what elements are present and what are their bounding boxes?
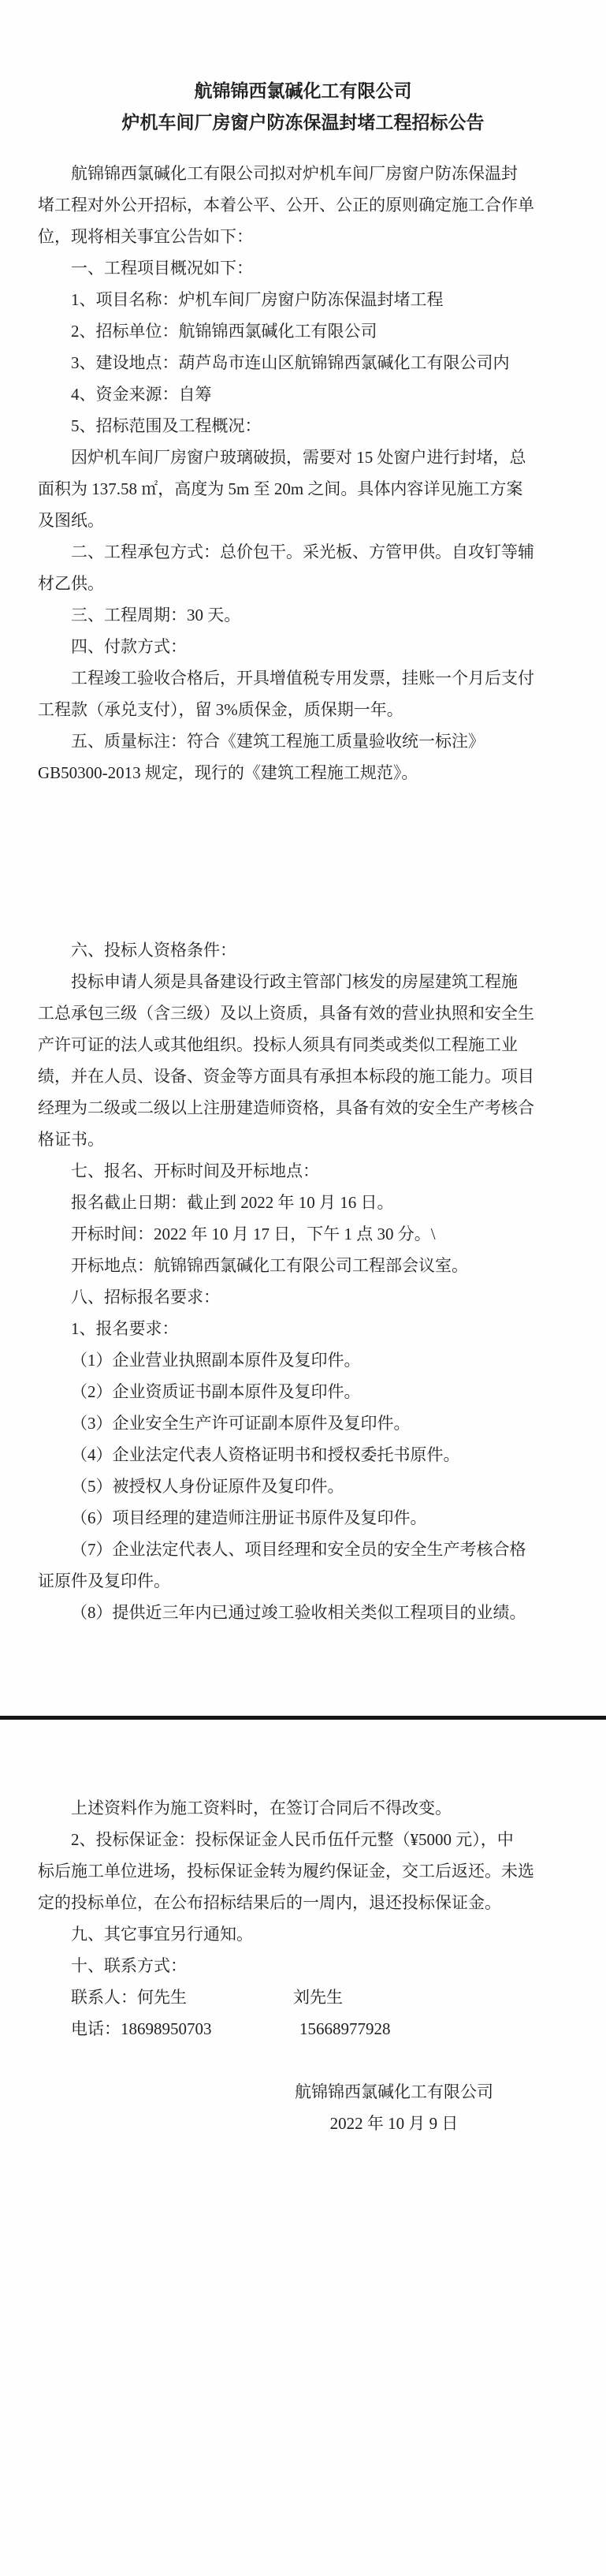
- text-line: 定的投标单位，在公布招标结果后的一周内，退还投标保证金。: [38, 1887, 568, 1918]
- text-line: 经理为二级或二级以上注册建造师资格，具备有效的安全生产考核合: [38, 1092, 568, 1124]
- text-line: 七、报名、开标时间及开标地点：: [38, 1155, 568, 1187]
- text-line: 位，现将相关事宜公告如下：: [38, 221, 568, 252]
- text-line: 格证书。: [38, 1124, 568, 1155]
- text-line: （2）企业资质证书副本原件及复印件。: [38, 1376, 568, 1407]
- text-line: 材乙供。: [38, 568, 568, 599]
- document-page: 航锦锦西氯碱化工有限公司 炉机车间厂房窗户防冻保温封堵工程招标公告 航锦锦西氯碱…: [0, 0, 606, 2576]
- page1-body-bottom: 六、投标人资格条件：投标申请人须是具备建设行政主管部门核发的房屋建筑工程施工总承…: [38, 934, 568, 1628]
- text-line: 3、建设地点：葫芦岛市连山区航锦锦西氯碱化工有限公司内: [38, 347, 568, 378]
- phone-number-2: 15668977928: [299, 2013, 391, 2045]
- text-line: 四、付款方式：: [38, 631, 568, 662]
- text-line: （3）企业安全生产许可证副本原件及复印件。: [38, 1407, 568, 1439]
- contact-line: 联系人：何先生刘先生: [38, 1981, 568, 2013]
- signature-block: 航锦锦西氯碱化工有限公司 2022 年 10 月 9 日: [295, 2076, 493, 2139]
- text-line: 航锦锦西氯碱化工有限公司拟对炉机车间厂房窗户防冻保温封: [38, 158, 568, 189]
- text-line: 2、招标单位：航锦锦西氯碱化工有限公司: [38, 315, 568, 347]
- text-line: 工程竣工验收合格后，开具增值税专用发票，挂账一个月后支付: [38, 662, 568, 694]
- text-line: 一、工程项目概况如下：: [38, 252, 568, 284]
- text-line: 五、质量标注：符合《建筑工程施工质量验收统一标注》: [38, 725, 568, 757]
- text-line: GB50300-2013 规定，现行的《建筑工程施工规范》。: [38, 757, 568, 788]
- text-line: （5）被授权人身份证原件及复印件。: [38, 1471, 568, 1502]
- text-line: 标后施工单位进场，投标保证金转为履约保证金，交工后返还。未选: [38, 1855, 568, 1887]
- text-line: 报名截止日期：截止到 2022 年 10 月 16 日。: [38, 1187, 568, 1218]
- text-line: 5、招标范围及工程概况：: [38, 410, 568, 442]
- text-line: 因炉机车间厂房窗户玻璃破损，需要对 15 处窗户进行封堵，总: [38, 442, 568, 473]
- phone-line: 电话：1869895070315668977928: [38, 2013, 568, 2045]
- text-line: 工程款（承兑支付），留 3%质保金，质保期一年。: [38, 694, 568, 725]
- text-line: 面积为 137.58 ㎡，高度为 5m 至 20m 之间。具体内容详见施工方案: [38, 473, 568, 505]
- signature-date: 2022 年 10 月 9 日: [295, 2108, 493, 2139]
- text-line: 绩，并在人员、设备、资金等方面具有承担本标段的施工能力。项目: [38, 1061, 568, 1092]
- text-line: 投标申请人须是具备建设行政主管部门核发的房屋建筑工程施: [38, 966, 568, 997]
- page2-body: 上述资料作为施工资料时，在签订合同后不得改变。2、投标保证金：投标保证金人民币伍…: [38, 1792, 568, 2045]
- text-line: 2、投标保证金：投标保证金人民币伍仟元整（¥5000 元），中: [38, 1824, 568, 1855]
- title-line-2: 炉机车间厂房窗户防冻保温封堵工程招标公告: [0, 107, 606, 139]
- text-line: （7）企业法定代表人、项目经理和安全员的安全生产考核合格: [38, 1534, 568, 1565]
- text-line: 三、工程周期：30 天。: [38, 599, 568, 631]
- text-line: 及图纸。: [38, 505, 568, 536]
- text-line: 工总承包三级（含三级）及以上资质，具备有效的营业执照和安全生: [38, 997, 568, 1029]
- contact-name-1: 何先生: [137, 1988, 187, 2007]
- text-line: 开标时间：2022 年 10 月 17 日，下午 1 点 30 分。\: [38, 1218, 568, 1250]
- text-line: 1、项目名称：炉机车间厂房窗户防冻保温封堵工程: [38, 284, 568, 315]
- text-line: 证原件及复印件。: [38, 1565, 568, 1597]
- title-line-1: 航锦锦西氯碱化工有限公司: [0, 76, 606, 107]
- text-line: 二、工程承包方式：总价包干。采光板、方管甲供。自攻钉等辅: [38, 536, 568, 568]
- page1-body-top: 航锦锦西氯碱化工有限公司拟对炉机车间厂房窗户防冻保温封堵工程对外公开招标，本着公…: [38, 158, 568, 788]
- text-line: 1、报名要求：: [38, 1313, 568, 1344]
- text-line: 上述资料作为施工资料时，在签订合同后不得改变。: [38, 1792, 568, 1824]
- text-line: （8）提供近三年内已通过竣工验收相关类似工程项目的业绩。: [38, 1597, 568, 1628]
- text-line: 堵工程对外公开招标，本着公平、公开、公正的原则确定施工合作单: [38, 189, 568, 221]
- text-line: 十、联系方式：: [38, 1950, 568, 1981]
- signature-company: 航锦锦西氯碱化工有限公司: [295, 2076, 493, 2108]
- text-line: 六、投标人资格条件：: [38, 934, 568, 966]
- text-line: （1）企业营业执照副本原件及复印件。: [38, 1344, 568, 1376]
- contact-name-2: 刘先生: [293, 1981, 343, 2013]
- text-line: （4）企业法定代表人资格证明书和授权委托书原件。: [38, 1439, 568, 1471]
- text-line: 九、其它事宜另行通知。: [38, 1918, 568, 1950]
- text-line: 产许可证的法人或其他组织。投标人须具有同类或类似工程施工业: [38, 1029, 568, 1061]
- text-line: 八、招标报名要求：: [38, 1281, 568, 1313]
- text-line: 开标地点：航锦锦西氯碱化工有限公司工程部会议室。: [38, 1250, 568, 1281]
- contact-label: 联系人：: [71, 1988, 137, 2007]
- text-line: （6）项目经理的建造师注册证书原件及复印件。: [38, 1502, 568, 1534]
- text-line: 4、资金来源：自筹: [38, 378, 568, 410]
- document-title: 航锦锦西氯碱化工有限公司 炉机车间厂房窗户防冻保温封堵工程招标公告: [0, 76, 606, 139]
- phone-number-1: 18698950703: [121, 2019, 212, 2038]
- phone-label: 电话：: [71, 2019, 121, 2038]
- page-break-line: [0, 1716, 606, 1720]
